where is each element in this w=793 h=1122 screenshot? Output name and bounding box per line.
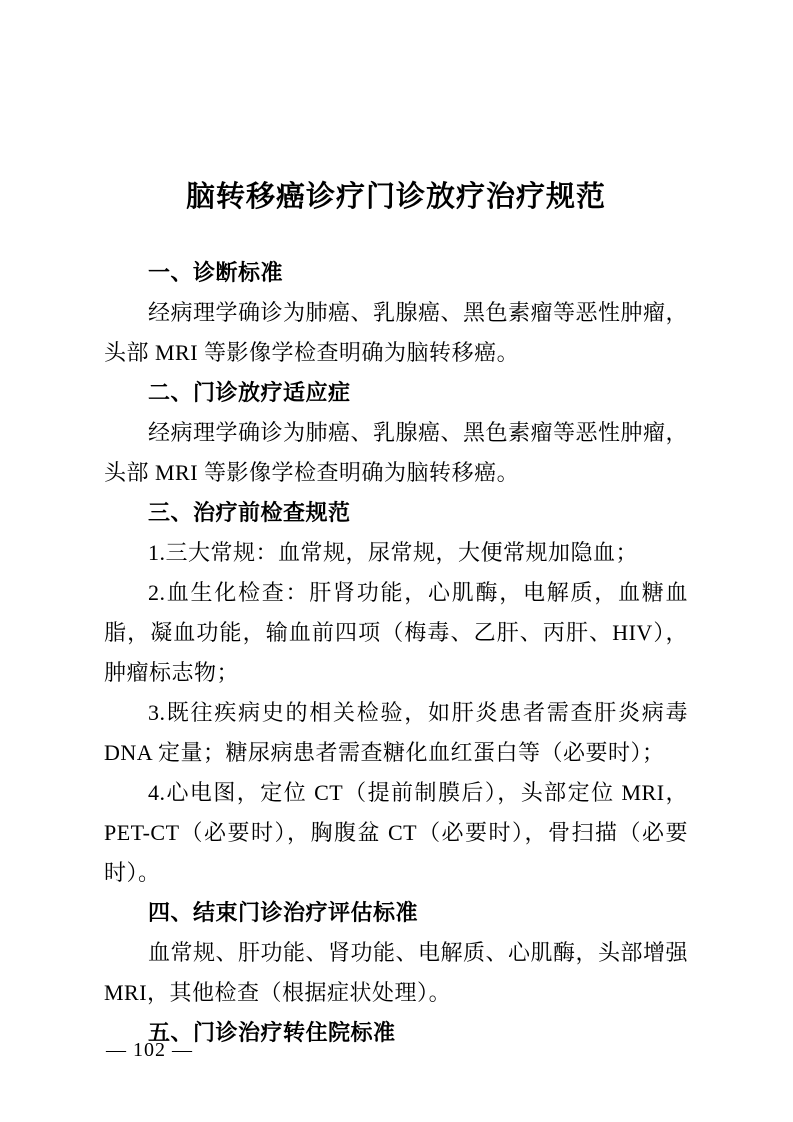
section-4-heading: 四、结束门诊治疗评估标准	[104, 893, 688, 933]
document-page: 脑转移癌诊疗门诊放疗治疗规范 一、诊断标准 经病理学确诊为肺癌、乳腺癌、黑色素瘤…	[0, 0, 793, 1122]
section-3-item-3: 3.既往疾病史的相关检验，如肝炎患者需查肝炎病毒 DNA 定量；糖尿病患者需查糖…	[104, 693, 688, 773]
page-number: — 102 —	[106, 1038, 193, 1062]
section-3-heading: 三、治疗前检查规范	[104, 493, 688, 533]
section-2-heading: 二、门诊放疗适应症	[104, 373, 688, 413]
section-3-item-1: 1.三大常规：血常规，尿常规，大便常规加隐血；	[104, 533, 688, 573]
document-content: 脑转移癌诊疗门诊放疗治疗规范 一、诊断标准 经病理学确诊为肺癌、乳腺癌、黑色素瘤…	[104, 0, 688, 1053]
section-3-item-2: 2.血生化检查：肝肾功能，心肌酶，电解质，血糖血脂，凝血功能，输血前四项（梅毒、…	[104, 573, 688, 693]
section-2-paragraph: 经病理学确诊为肺癌、乳腺癌、黑色素瘤等恶性肿瘤，头部 MRI 等影像学检查明确为…	[104, 413, 688, 493]
section-1-paragraph: 经病理学确诊为肺癌、乳腺癌、黑色素瘤等恶性肿瘤，头部 MRI 等影像学检查明确为…	[104, 293, 688, 373]
section-3-item-4: 4.心电图，定位 CT（提前制膜后），头部定位 MRI，PET-CT（必要时），…	[104, 773, 688, 893]
document-body: 一、诊断标准 经病理学确诊为肺癌、乳腺癌、黑色素瘤等恶性肿瘤，头部 MRI 等影…	[104, 253, 688, 1053]
section-1-heading: 一、诊断标准	[104, 253, 688, 293]
document-title: 脑转移癌诊疗门诊放疗治疗规范	[104, 178, 688, 216]
section-4-paragraph: 血常规、肝功能、肾功能、电解质、心肌酶，头部增强 MRI，其他检查（根据症状处理…	[104, 933, 688, 1013]
